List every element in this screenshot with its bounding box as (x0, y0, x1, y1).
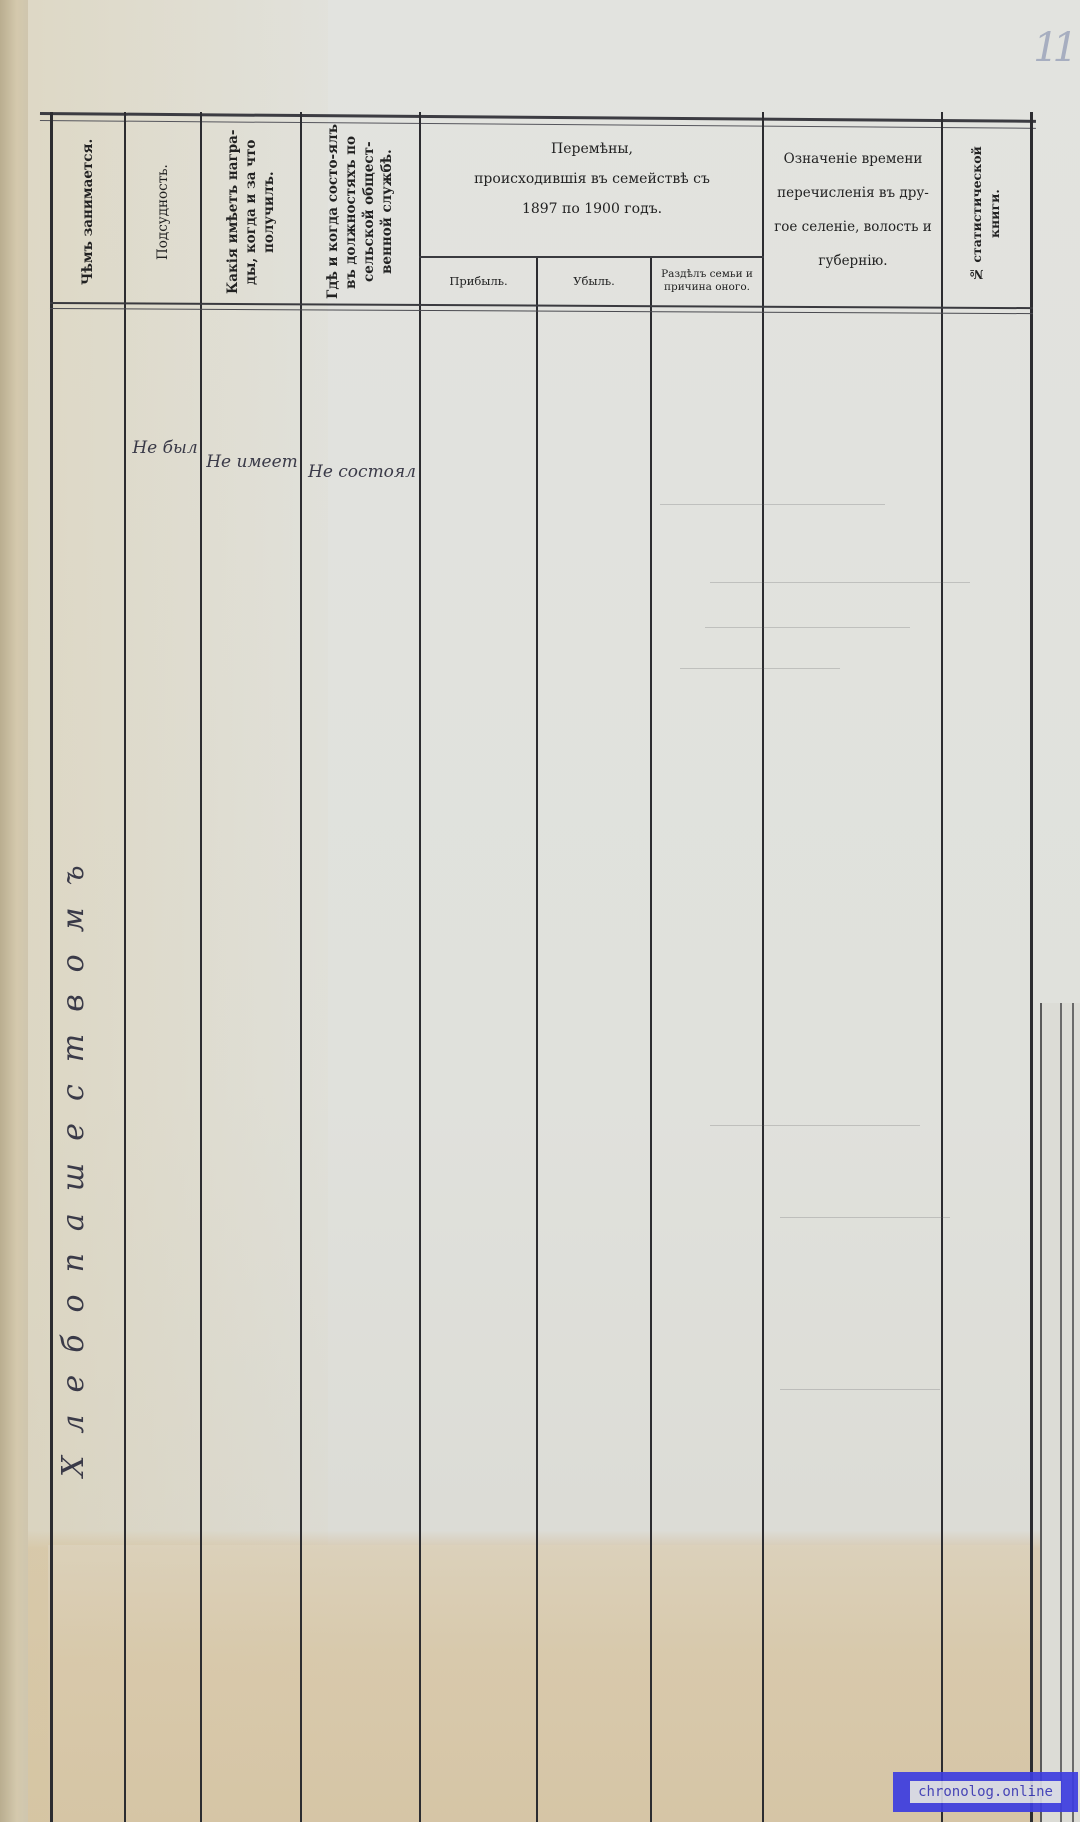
page-number: 11 (1033, 25, 1072, 71)
header-transfer: Означеніе времени перечисленія въ дру-го… (768, 142, 938, 278)
header-family-changes: Перемѣны, происходившія въ семействѣ съ … (422, 134, 762, 224)
adjacent-page-edge (1040, 1003, 1080, 1822)
bleed-through-mark (705, 627, 910, 628)
header-awards: Какія имѣетъ награ-ды, когда и за что по… (204, 122, 298, 302)
column-divider (419, 112, 421, 1822)
table-right-border (1030, 112, 1033, 1822)
bleed-through-mark (780, 1217, 950, 1218)
column-divider (536, 258, 538, 1822)
column-divider (650, 258, 652, 1822)
family-changes-line1: Перемѣны, (422, 134, 762, 164)
entry-occupation: Хлебопашествомъ (56, 477, 120, 1477)
column-divider (200, 112, 202, 1822)
subheader-loss: Убыль. (539, 260, 649, 302)
entry-awards: Не имеет (206, 452, 298, 472)
column-divider (300, 112, 302, 1822)
column-divider (941, 112, 943, 1822)
header-jurisdiction: Подсудность. (128, 122, 198, 302)
column-divider (762, 112, 764, 1822)
bleed-through-mark (680, 668, 840, 669)
register-table: Чѣмъ занимается. Подсудность. Какія имѣе… (40, 112, 1036, 1822)
table-left-border (50, 112, 53, 1822)
subheader-divider (419, 256, 764, 258)
entry-public-service: Не состоял (308, 462, 416, 482)
subheader-gain: Прибыль. (422, 260, 535, 302)
bleed-through-mark (660, 504, 885, 505)
family-changes-line2: происходившія въ семействѣ съ (422, 164, 762, 194)
column-divider (124, 112, 126, 1822)
watermark-badge: chronolog.online (893, 1772, 1078, 1812)
bleed-through-mark (710, 582, 970, 583)
bleed-through-mark (780, 1389, 940, 1390)
page-left-edge (0, 0, 28, 1822)
subheader-division: Раздѣлъ семьи и причина оного. (653, 260, 761, 302)
family-changes-line3: 1897 по 1900 годъ. (422, 194, 762, 224)
header-stat-book: № статистической книги. (945, 126, 1027, 302)
watermark-text: chronolog.online (910, 1781, 1061, 1803)
header-public-service: Гдѣ и когда состо-ялъ въ должностяхъ по … (304, 122, 416, 302)
bleed-through-mark (710, 1125, 920, 1126)
header-bottom-border (50, 302, 1033, 314)
entry-jurisdiction: Не был (132, 438, 198, 458)
header-occupation: Чѣмъ занимается. (54, 122, 122, 302)
